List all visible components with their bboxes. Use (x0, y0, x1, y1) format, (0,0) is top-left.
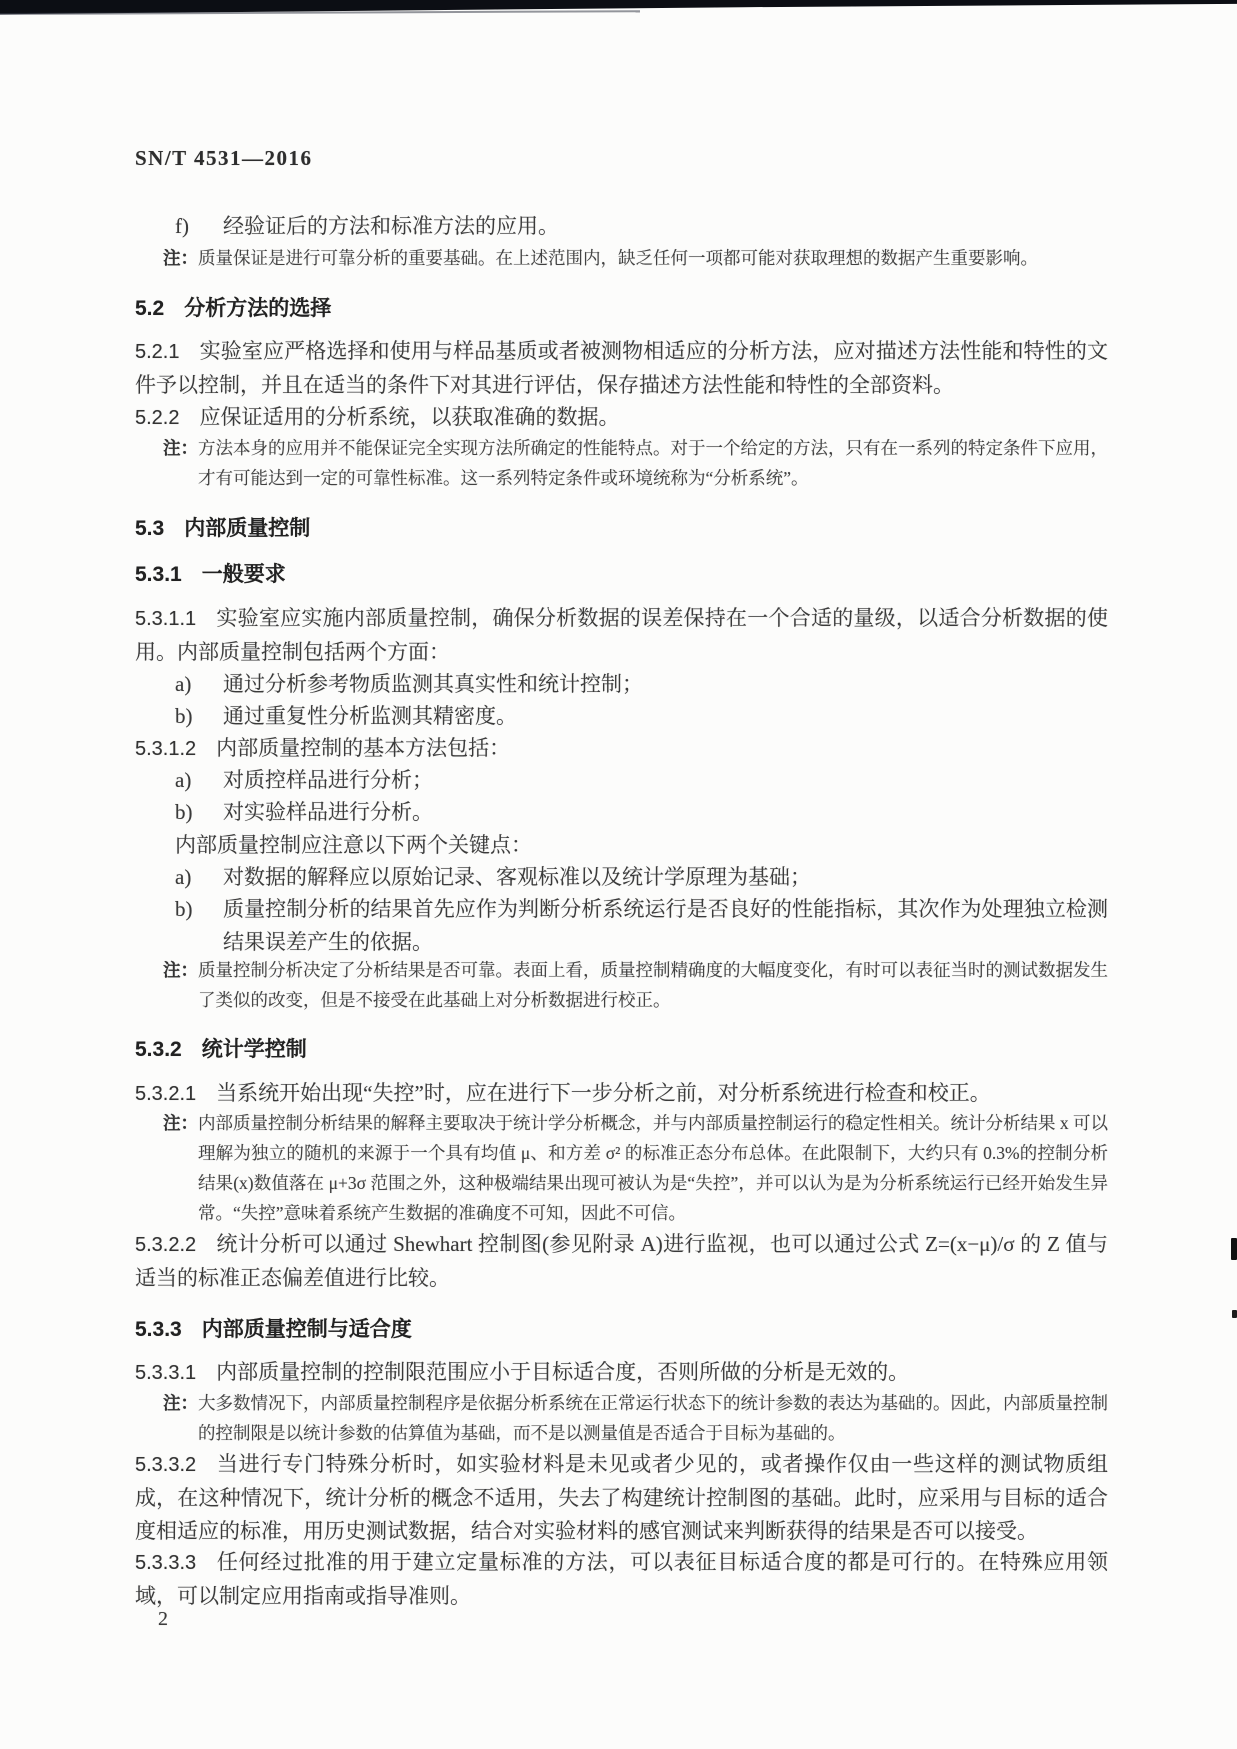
document-page: SN/T 4531—2016 f) 经验证后的方法和标准方法的应用。 注： 质量… (0, 0, 1237, 1749)
list-item-text: 经验证后的方法和标准方法的应用。 (223, 210, 1108, 243)
clause-5-3-heading: 5.3内部质量控制 (135, 512, 310, 542)
note-text: 质量保证是进行可靠分析的重要基础。在上述范围内，缺乏任何一项都可能对获取理想的数… (198, 243, 1108, 273)
list-marker: a) (175, 764, 223, 797)
paragraph-5-2-1: 5.2.1实验室应严格选择和使用与样品基质或者被测物相适应的分析方法，应对描述方… (135, 335, 1108, 402)
note-text: 质量控制分析决定了分析结果是否可靠。表面上看，质量控制精确度的大幅度变化，有时可… (198, 955, 1108, 1015)
clause-number: 5.3.1 (135, 563, 182, 586)
list-item-b: b) 质量控制分析的结果首先应作为判断分析系统运行是否良好的性能指标，其次作为处… (175, 893, 1108, 959)
document-number-header: SN/T 4531—2016 (135, 146, 313, 171)
paragraph-5-3-2-2: 5.3.2.2统计分析可以通过 Shewhart 控制图(参见附录 A)进行监视… (135, 1228, 1108, 1295)
paragraph-number: 5.3.3.1 (135, 1362, 196, 1384)
list-item-text: 通过分析参考物质监测其真实性和统计控制； (223, 668, 1108, 701)
paragraph-number: 5.3.3.2 (135, 1454, 196, 1476)
paragraph-text: 内部质量控制的基本方法包括： (216, 736, 510, 760)
paragraph-text: 应保证适用的分析系统，以获取准确的数据。 (199, 405, 619, 429)
note-control-limit: 注： 大多数情况下，内部质量控制程序是依据分析系统在正常运行状态下的统计参数的表… (163, 1388, 1108, 1448)
paragraph-number: 5.3.2.1 (135, 1083, 196, 1105)
note-label: 注： (163, 243, 198, 273)
clause-5-3-3-heading: 5.3.3内部质量控制与适合度 (135, 1313, 412, 1343)
list-item-b: b) 对实验样品进行分析。 (175, 796, 1108, 829)
paragraph-number: 5.3.3.3 (135, 1552, 196, 1574)
clause-title: 内部质量控制与适合度 (202, 1318, 412, 1341)
paragraph-text: 内部质量控制应注意以下两个关键点： (175, 833, 532, 857)
note-text: 大多数情况下，内部质量控制程序是依据分析系统在正常运行状态下的统计参数的表达为基… (198, 1388, 1108, 1448)
paragraph-number: 5.3.1.1 (135, 608, 196, 630)
note-label: 注： (163, 433, 198, 493)
paragraph-5-3-1-1: 5.3.1.1实验室应实施内部质量控制，确保分析数据的误差保持在一个合适的量级，… (135, 602, 1108, 669)
clause-title: 分析方法的选择 (184, 297, 331, 320)
paragraph-text: 当系统开始出现“失控”时，应在进行下一步分析之前，对分析系统进行检查和校正。 (216, 1081, 991, 1105)
list-marker: b) (175, 796, 223, 829)
scan-artifact-right-mark (1231, 1238, 1237, 1260)
note-quality-assurance: 注： 质量保证是进行可靠分析的重要基础。在上述范围内，缺乏任何一项都可能对获取理… (163, 243, 1108, 273)
paragraph-5-3-3-1: 5.3.3.1内部质量控制的控制限范围应小于目标适合度，否则所做的分析是无效的。 (135, 1356, 1108, 1390)
clause-5-2-heading: 5.2分析方法的选择 (135, 292, 331, 322)
paragraph-text: 任何经过批准的用于建立定量标准的方法，可以表征目标适合度的都是可行的。在特殊应用… (135, 1550, 1108, 1608)
clause-number: 5.3 (135, 517, 164, 540)
paragraph-5-3-1-2: 5.3.1.2内部质量控制的基本方法包括： (135, 732, 1108, 766)
note-label: 注： (163, 1108, 198, 1228)
list-item-a: a) 对数据的解释应以原始记录、客观标准以及统计学原理为基础； (175, 861, 1108, 894)
list-item-text: 质量控制分析的结果首先应作为判断分析系统运行是否良好的性能指标，其次作为处理独立… (223, 893, 1108, 959)
clause-number: 5.2 (135, 297, 164, 320)
list-item-b: b) 通过重复性分析监测其精密度。 (175, 700, 1108, 733)
clause-number: 5.3.2 (135, 1038, 182, 1061)
paragraph-5-2-2: 5.2.2应保证适用的分析系统，以获取准确的数据。 (135, 401, 1108, 435)
clause-5-3-2-heading: 5.3.2统计学控制 (135, 1033, 307, 1063)
paragraph-text: 统计分析可以通过 Shewhart 控制图(参见附录 A)进行监视，也可以通过公… (135, 1232, 1108, 1290)
clause-title: 统计学控制 (202, 1038, 307, 1061)
note-qc-reliability: 注： 质量控制分析决定了分析结果是否可靠。表面上看，质量控制精确度的大幅度变化，… (163, 955, 1108, 1015)
clause-5-3-1-heading: 5.3.1一般要求 (135, 558, 286, 588)
note-label: 注： (163, 1388, 198, 1448)
list-item-a: a) 通过分析参考物质监测其真实性和统计控制； (175, 668, 1108, 701)
paragraph-5-3-2-1: 5.3.2.1当系统开始出现“失控”时，应在进行下一步分析之前，对分析系统进行检… (135, 1077, 1108, 1111)
clause-number: 5.3.3 (135, 1318, 182, 1341)
paragraph-number: 5.2.1 (135, 341, 179, 363)
list-marker: b) (175, 893, 223, 959)
note-label: 注： (163, 955, 198, 1015)
note-text: 方法本身的应用并不能保证完全实现方法所确定的性能特点。对于一个给定的方法，只有在… (198, 433, 1108, 493)
paragraph-text: 实验室应实施内部质量控制，确保分析数据的误差保持在一个合适的量级，以适合分析数据… (135, 606, 1108, 664)
paragraph-5-3-3-2: 5.3.3.2当进行专门特殊分析时，如实验材料是未见或者少见的，或者操作仅由一些… (135, 1448, 1108, 1548)
list-marker: f) (175, 210, 223, 243)
note-statistical-concept: 注： 内部质量控制分析结果的解释主要取决于统计学分析概念，并与内部质量控制运行的… (163, 1108, 1108, 1228)
paragraph-5-3-3-3: 5.3.3.3任何经过批准的用于建立定量标准的方法，可以表征目标适合度的都是可行… (135, 1546, 1108, 1613)
clause-title: 一般要求 (202, 563, 286, 586)
list-item-text: 对实验样品进行分析。 (223, 796, 1108, 829)
scan-artifact-right-dot (1232, 1310, 1237, 1318)
note-analysis-system: 注： 方法本身的应用并不能保证完全实现方法所确定的性能特点。对于一个给定的方法，… (163, 433, 1108, 493)
list-item-text: 对质控样品进行分析； (223, 764, 1108, 797)
paragraph-number: 5.2.2 (135, 407, 179, 429)
list-item-text: 对数据的解释应以原始记录、客观标准以及统计学原理为基础； (223, 861, 1108, 894)
clause-title: 内部质量控制 (184, 517, 310, 540)
paragraph-key-points: 内部质量控制应注意以下两个关键点： (175, 829, 1108, 862)
list-marker: a) (175, 668, 223, 701)
list-item-f: f) 经验证后的方法和标准方法的应用。 (175, 210, 1108, 243)
paragraph-number: 5.3.1.2 (135, 738, 196, 760)
list-marker: a) (175, 861, 223, 894)
paragraph-number: 5.3.2.2 (135, 1234, 196, 1256)
page-number: 2 (158, 1608, 168, 1631)
list-item-a: a) 对质控样品进行分析； (175, 764, 1108, 797)
list-marker: b) (175, 700, 223, 733)
list-item-text: 通过重复性分析监测其精密度。 (223, 700, 1108, 733)
note-text: 内部质量控制分析结果的解释主要取决于统计学分析概念，并与内部质量控制运行的稳定性… (198, 1108, 1108, 1228)
paragraph-text: 内部质量控制的控制限范围应小于目标适合度，否则所做的分析是无效的。 (216, 1360, 909, 1384)
paragraph-text: 当进行专门特殊分析时，如实验材料是未见或者少见的，或者操作仅由一些这样的测试物质… (135, 1452, 1108, 1543)
paragraph-text: 实验室应严格选择和使用与样品基质或者被测物相适应的分析方法，应对描述方法性能和特… (135, 339, 1108, 397)
